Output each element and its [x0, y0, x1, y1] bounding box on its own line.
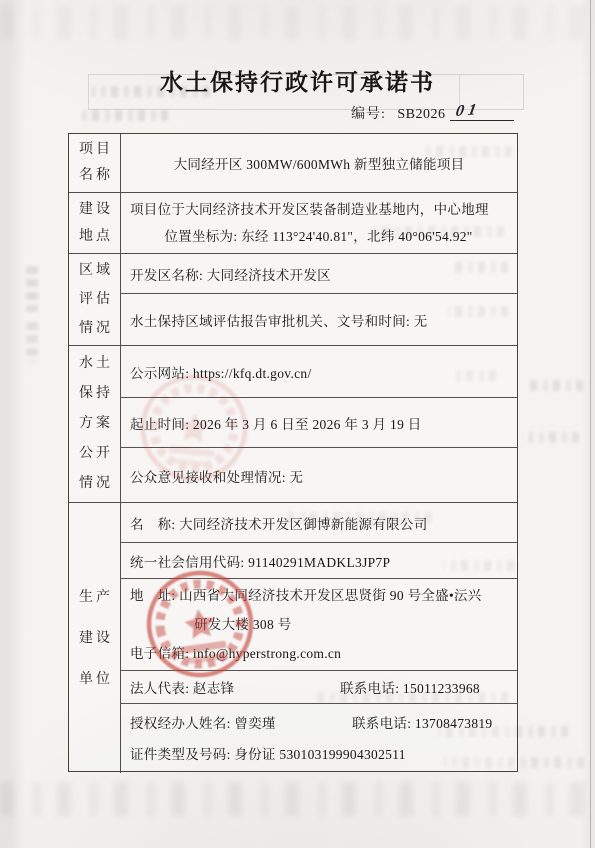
label-location: 建设 地点 — [69, 193, 121, 253]
label-line: 建设 — [76, 196, 113, 223]
serial-handwritten-number: 01 — [454, 101, 481, 121]
cell-location: 项目位于大同经济技术开发区装备制造业基地内，中心地理 位置坐标为: 东经 113… — [121, 193, 517, 253]
bleedthrough-smudge — [529, 432, 579, 443]
email-value: 电子信箱: info@hyperstrong.com.cn — [130, 639, 517, 668]
cell-devzone-name: 开发区名称: 大同经济技术开发区 — [121, 254, 517, 294]
label-plan-publicity: 水土 保持 方案 公开 情况 — [69, 346, 121, 502]
label-line: 水土 — [76, 349, 113, 379]
label-line: 地点 — [76, 223, 113, 250]
agent-name-value: 授权经办人姓名: 曾奕瑾 — [130, 716, 276, 731]
location-line1: 项目位于大同经济技术开发区装备制造业基地内，中心地理 — [130, 196, 517, 223]
serial-label: 编号: — [351, 107, 386, 122]
label-line: 情况 — [76, 314, 113, 343]
label-line: 建设 — [76, 618, 113, 659]
row-project-name: 项目 名称 大同经开区 300MW/600MWh 新型独立储能项目 — [69, 134, 517, 193]
cell-legal-rep: 法人代表: 赵志锋 联系电话: 15011233968 — [121, 671, 517, 704]
public-comments-value: 公众意见接收和处理情况: 无 — [130, 466, 517, 486]
publicity-site-value: 公示网站: https://kfq.dt.gov.cn/ — [130, 362, 517, 382]
cell-publicity-site: 公示网站: https://kfq.dt.gov.cn/ — [121, 346, 517, 398]
bleedthrough-smudge — [527, 380, 583, 391]
label-line: 方案 — [76, 409, 113, 439]
row-builder: 生产 建设 单位 名 称: 大同经济技术开发区御博新能源有限公司 统一社会信用代… — [69, 503, 517, 773]
label-line: 项目 — [76, 137, 113, 163]
cell-regional-eval-approval: 水土保持区域评估报告审批机关、文号和时间: 无 — [121, 294, 517, 346]
document-title: 水土保持行政许可承诺书 — [0, 64, 595, 97]
agent-line: 授权经办人姓名: 曾奕瑾 联系电话: 13708473819 — [130, 708, 517, 739]
cell-credit-code: 统一社会信用代码: 91140291MADKL3JP7P — [121, 543, 517, 579]
company-name-value: 名 称: 大同经济技术开发区御博新能源有限公司 — [130, 513, 517, 533]
address-line1: 地 址: 山西省大同经济技术开发区思贤街 90 号全盛•沄兴 — [130, 581, 517, 610]
label-line: 单位 — [76, 659, 113, 700]
cell-public-comments: 公众意见接收和处理情况: 无 — [121, 448, 517, 503]
label-line: 情况 — [76, 469, 113, 499]
row-regional-eval: 区域 评估 情况 开发区名称: 大同经济技术开发区 水土保持区域评估报告审批机关… — [69, 254, 517, 346]
legal-rep-value: 法人代表: 赵志锋 — [130, 681, 234, 696]
serial-prefix: SB2026 — [397, 107, 445, 122]
form-table: 项目 名称 大同经开区 300MW/600MWh 新型独立储能项目 建设 地点 … — [68, 133, 518, 772]
project-name-value: 大同经开区 300MW/600MWh 新型独立储能项目 — [121, 153, 517, 173]
label-line: 保持 — [76, 379, 113, 409]
bleedthrough-smudge — [26, 322, 38, 362]
cell-publicity-period: 起止时间: 2026 年 3 月 6 日至 2026 年 3 月 19 日 — [121, 398, 517, 448]
paper-texture-band — [0, 782, 595, 816]
devzone-name-value: 开发区名称: 大同经济技术开发区 — [130, 264, 517, 284]
label-line: 评估 — [76, 285, 113, 314]
address-line2: 研发大楼 308 号 — [130, 610, 517, 639]
label-line: 生产 — [76, 577, 113, 618]
cell-project-name: 大同经开区 300MW/600MWh 新型独立储能项目 — [121, 134, 517, 192]
label-builder: 生产 建设 单位 — [69, 503, 121, 773]
page-edge-shadow — [590, 0, 591, 848]
cell-address-email: 地 址: 山西省大同经济技术开发区思贤街 90 号全盛•沄兴 研发大楼 308 … — [121, 579, 517, 671]
label-line: 名称 — [76, 163, 113, 189]
label-line: 公开 — [76, 439, 113, 469]
scanned-document-page: 水土保持行政许可承诺书 编号: SB2026 01 项目 名称 大同经开区 30… — [0, 0, 595, 848]
row-location: 建设 地点 项目位于大同经济技术开发区装备制造业基地内，中心地理 位置坐标为: … — [69, 193, 517, 254]
bleedthrough-smudge — [82, 110, 168, 121]
cell-company-name: 名 称: 大同经济技术开发区御博新能源有限公司 — [121, 503, 517, 543]
label-project-name: 项目 名称 — [69, 134, 121, 192]
cell-agent-id: 授权经办人姓名: 曾奕瑾 联系电话: 13708473819 证件类型及号码: … — [121, 704, 517, 773]
serial-blank-line: 01 — [450, 105, 514, 121]
agent-phone-value: 联系电话: 13708473819 — [352, 708, 492, 739]
location-line2: 位置坐标为: 东经 113°24'40.81"，北纬 40°06'54.92" — [130, 223, 517, 250]
legal-rep-line: 法人代表: 赵志锋 联系电话: 15011233968 — [130, 677, 517, 697]
publicity-period-value: 起止时间: 2026 年 3 月 6 日至 2026 年 3 月 19 日 — [130, 413, 517, 433]
id-info-value: 证件类型及号码: 身份证 530103199904302511 — [130, 739, 517, 770]
paper-texture-band — [0, 6, 595, 40]
credit-code-value: 统一社会信用代码: 91140291MADKL3JP7P — [130, 551, 517, 571]
row-plan-publicity: 水土 保持 方案 公开 情况 公示网站: https://kfq.dt.gov.… — [69, 346, 517, 503]
regional-eval-approval-value: 水土保持区域评估报告审批机关、文号和时间: 无 — [130, 310, 517, 330]
bleedthrough-smudge — [26, 266, 38, 312]
label-line: 区域 — [76, 256, 113, 285]
serial-number-line: 编号: SB2026 01 — [351, 103, 514, 123]
label-regional-eval: 区域 评估 情况 — [69, 254, 121, 345]
legal-rep-phone-value: 联系电话: 15011233968 — [340, 677, 480, 697]
